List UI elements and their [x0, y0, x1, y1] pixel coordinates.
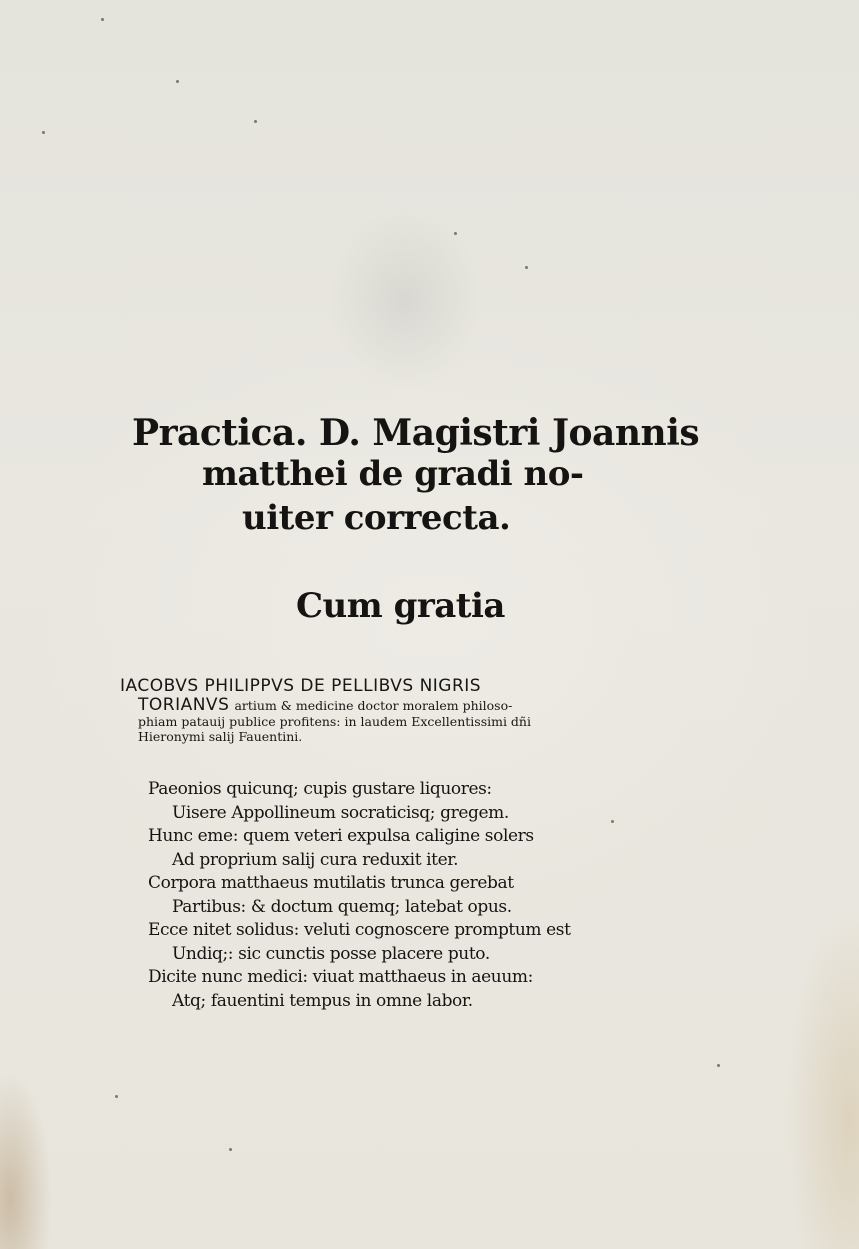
poem-verse: Uisere Appollineum socraticisq; gregem. — [172, 802, 571, 826]
poem-verse: Ecce nitet solidus: veluti cognoscere pr… — [148, 919, 571, 943]
title-line-1: Practica. D. Magistri Joannis — [132, 412, 699, 454]
paper-speck — [254, 120, 257, 123]
poem-verse: Ad proprium salij cura reduxit iter. — [172, 849, 571, 873]
title-line-2: matthei de gradi no- — [202, 454, 584, 494]
dedication-line: phiam patauij publice profitens: in laud… — [138, 714, 640, 729]
poem-verse: Corpora matthaeus mutilatis trunca gereb… — [148, 872, 571, 896]
poem-verse: Hunc eme: quem veteri expulsa caligine s… — [148, 825, 571, 849]
title-line-3: uiter correcta. — [242, 498, 510, 538]
author-name-line: IACOBVS PHILIPPVS DE PELLIBVS NIGRIS — [120, 677, 640, 695]
paper-speck — [611, 820, 614, 823]
paper-speck — [717, 1064, 720, 1067]
paper-speck — [101, 18, 104, 21]
poem-verse: Undiq;: sic cunctis posse placere puto. — [172, 943, 571, 967]
privilege-line: Cum gratia — [296, 586, 505, 626]
dedication-line: Hieronymi salij Fauentini. — [138, 729, 640, 744]
dedicatory-poem: Paeonios quicunq; cupis gustare liquores… — [148, 778, 571, 1013]
author-name-cont: TORIANVS — [138, 695, 229, 715]
paper-speck — [525, 266, 528, 269]
author-dedication: IACOBVS PHILIPPVS DE PELLIBVS NIGRIS TOR… — [120, 677, 640, 744]
paper-speck — [42, 131, 45, 134]
author-title-text: artium & medicine doctor moralem philoso… — [234, 698, 512, 713]
poem-verse: Atq; fauentini tempus in omne labor. — [172, 990, 571, 1014]
poem-verse: Paeonios quicunq; cupis gustare liquores… — [148, 778, 571, 802]
poem-verse: Partibus: & doctum quemq; latebat opus. — [172, 896, 571, 920]
paper-speck — [115, 1095, 118, 1098]
poem-verse: Dicite nunc medici: viuat matthaeus in a… — [148, 966, 571, 990]
paper-speck — [229, 1148, 232, 1151]
author-title-line: TORIANVS artium & medicine doctor morale… — [138, 695, 640, 714]
paper-speck — [176, 80, 179, 83]
paper-speck — [454, 232, 457, 235]
